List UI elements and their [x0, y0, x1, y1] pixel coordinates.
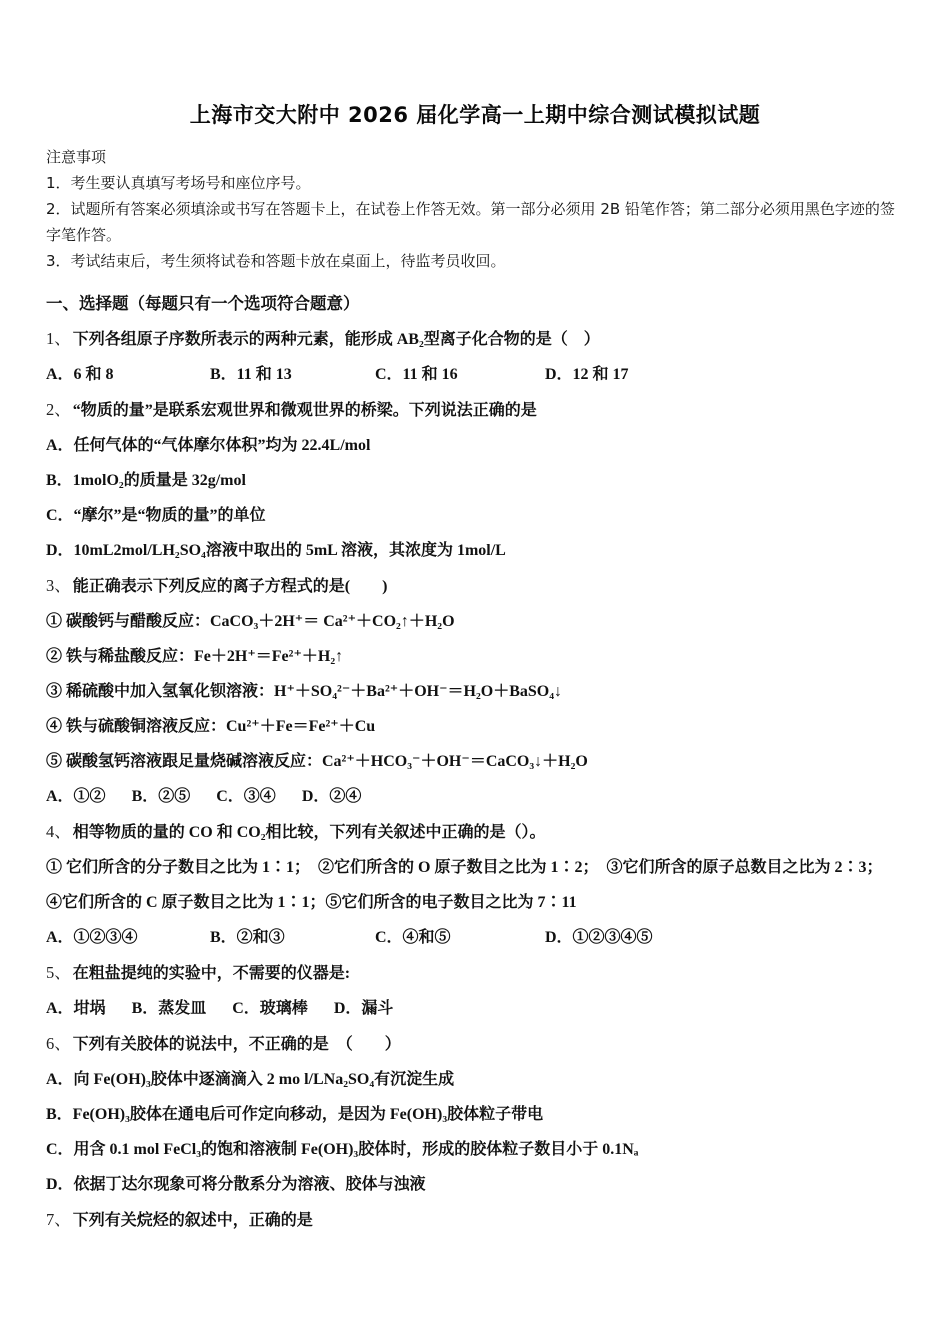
option-b: B．Fe(OH)₃胶体在通电后可作定向移动，是因为 Fe(OH)₃胶体粒子带电 [46, 1097, 904, 1132]
option-b: B．蒸发皿 [132, 991, 207, 1026]
question-text: 相等物质的量的 CO 和 CO₂相比较，下列有关叙述中正确的是（）。 [73, 824, 546, 841]
option-c: C．③④ [216, 779, 276, 814]
question-text: 下列有关胶体的说法中，不正确的是 （ ） [73, 1036, 401, 1053]
question-number: 4、 [46, 822, 73, 841]
option-d: D．漏斗 [334, 991, 394, 1026]
section-heading: 一、选择题（每题只有一个选项符合题意） [46, 286, 904, 321]
question-block-5: 5、在粗盐提纯的实验中，不需要的仪器是: A．坩埚 B．蒸发皿 C．玻璃棒 D．… [46, 955, 904, 1026]
statement-4: ④ 铁与硫酸铜溶液反应：Cu²⁺＋Fe＝Fe²⁺＋Cu [46, 709, 904, 744]
statement-2: ② 铁与稀盐酸反应：Fe＋2H⁺＝Fe²⁺＋H₂↑ [46, 639, 904, 674]
option-c: C．11 和 16 [375, 357, 545, 392]
question-text: “物质的量”是联系宏观世界和微观世界的桥梁。下列说法正确的是 [73, 402, 537, 419]
option-c: C．④和⑤ [375, 920, 545, 955]
option-b: B．1molO₂的质量是 32g/mol [46, 463, 904, 498]
question-text: 能正确表示下列反应的离子方程式的是( ) [73, 578, 388, 595]
option-a: A．6 和 8 [46, 357, 210, 392]
question-number: 3、 [46, 576, 73, 595]
option-a: A．坩埚 [46, 991, 106, 1026]
option-d: D．10mL2mol/LH₂SO₄溶液中取出的 5mL 溶液，其浓度为 1mol… [46, 533, 904, 568]
notice-item: 1．考生要认真填写考场号和座位序号。 [46, 170, 904, 196]
question-prompt: 2、“物质的量”是联系宏观世界和微观世界的桥梁。下列说法正确的是 [46, 392, 904, 428]
option-a: A．任何气体的“气体摩尔体积”均为 22.4L/mol [46, 428, 904, 463]
options-row: A．坩埚 B．蒸发皿 C．玻璃棒 D．漏斗 [46, 991, 904, 1026]
question-number: 7、 [46, 1210, 73, 1229]
option-b: B．②和③ [210, 920, 375, 955]
question-text: 下列各组原子序数所表示的两种元素，能形成 AB₂型离子化合物的是（ ） [73, 331, 600, 348]
statement-3: ③ 稀硫酸中加入氢氧化钡溶液：H⁺＋SO₄²⁻＋Ba²⁺＋OH⁻＝H₂O＋BaS… [46, 674, 904, 709]
option-d: D．①②③④⑤ [545, 920, 904, 955]
option-b: B．②⑤ [132, 779, 191, 814]
question-number: 6、 [46, 1034, 73, 1053]
options-row: A．6 和 8 B．11 和 13 C．11 和 16 D．12 和 17 [46, 357, 904, 392]
option-a: A．①②③④ [46, 920, 210, 955]
options-row: A．①②③④ B．②和③ C．④和⑤ D．①②③④⑤ [46, 920, 904, 955]
option-a: A．①② [46, 779, 106, 814]
statement-5: ⑤ 碳酸氢钙溶液跟足量烧碱溶液反应：Ca²⁺＋HCO₃⁻＋OH⁻＝CaCO₃↓＋… [46, 744, 904, 779]
question-prompt: 6、下列有关胶体的说法中，不正确的是 （ ） [46, 1026, 904, 1062]
page-title: 上海市交大附中 2026 届化学高一上期中综合测试模拟试题 [46, 100, 904, 130]
question-block-4: 4、相等物质的量的 CO 和 CO₂相比较，下列有关叙述中正确的是（）。 ① 它… [46, 814, 904, 955]
question-block-2: 2、“物质的量”是联系宏观世界和微观世界的桥梁。下列说法正确的是 A．任何气体的… [46, 392, 904, 568]
question-prompt: 4、相等物质的量的 CO 和 CO₂相比较，下列有关叙述中正确的是（）。 [46, 814, 904, 850]
option-d: D．②④ [302, 779, 362, 814]
question-block-1: 1、下列各组原子序数所表示的两种元素，能形成 AB₂型离子化合物的是（ ） A．… [46, 321, 904, 392]
statement-1: ① 碳酸钙与醋酸反应：CaCO₃＋2H⁺＝ Ca²⁺＋CO₂↑＋H₂O [46, 604, 904, 639]
question-number: 1、 [46, 329, 73, 348]
option-a: A．向 Fe(OH)₃胶体中逐滴滴入 2 mo l/LNa₂SO₄有沉淀生成 [46, 1062, 904, 1097]
question-block-3: 3、能正确表示下列反应的离子方程式的是( ) ① 碳酸钙与醋酸反应：CaCO₃＋… [46, 568, 904, 814]
notice-item: 2．试题所有答案必须填涂或书写在答题卡上，在试卷上作答无效。第一部分必须用 2B… [46, 196, 904, 248]
notice-section: 注意事项 1．考生要认真填写考场号和座位序号。 2．试题所有答案必须填涂或书写在… [46, 144, 904, 274]
question-prompt: 7、下列有关烷烃的叙述中，正确的是 [46, 1202, 904, 1238]
question-text: 在粗盐提纯的实验中，不需要的仪器是: [73, 965, 350, 982]
option-b: B．11 和 13 [210, 357, 375, 392]
statements-paragraph: ① 它们所含的分子数目之比为 1∶1； ②它们所含的 O 原子数目之比为 1∶2… [46, 850, 904, 920]
option-c: C．玻璃棒 [232, 991, 308, 1026]
notice-item: 3．考试结束后，考生须将试卷和答题卡放在桌面上，待监考员收回。 [46, 248, 904, 274]
option-d: D．12 和 17 [545, 357, 904, 392]
option-c: C．用含 0.1 mol FeCl₃的饱和溶液制 Fe(OH)₃胶体时，形成的胶… [46, 1132, 904, 1167]
question-block-6: 6、下列有关胶体的说法中，不正确的是 （ ） A．向 Fe(OH)₃胶体中逐滴滴… [46, 1026, 904, 1202]
options-row: A．①② B．②⑤ C．③④ D．②④ [46, 779, 904, 814]
option-c: C．“摩尔”是“物质的量”的单位 [46, 498, 904, 533]
question-prompt: 1、下列各组原子序数所表示的两种元素，能形成 AB₂型离子化合物的是（ ） [46, 321, 904, 357]
exam-page: 上海市交大附中 2026 届化学高一上期中综合测试模拟试题 注意事项 1．考生要… [0, 0, 950, 1344]
question-number: 2、 [46, 400, 73, 419]
question-text: 下列有关烷烃的叙述中，正确的是 [73, 1212, 313, 1229]
notice-heading: 注意事项 [46, 144, 904, 170]
question-number: 5、 [46, 963, 73, 982]
question-prompt: 3、能正确表示下列反应的离子方程式的是( ) [46, 568, 904, 604]
question-prompt: 5、在粗盐提纯的实验中，不需要的仪器是: [46, 955, 904, 991]
question-block-7: 7、下列有关烷烃的叙述中，正确的是 [46, 1202, 904, 1238]
option-d: D．依据丁达尔现象可将分散系分为溶液、胶体与浊液 [46, 1167, 904, 1202]
